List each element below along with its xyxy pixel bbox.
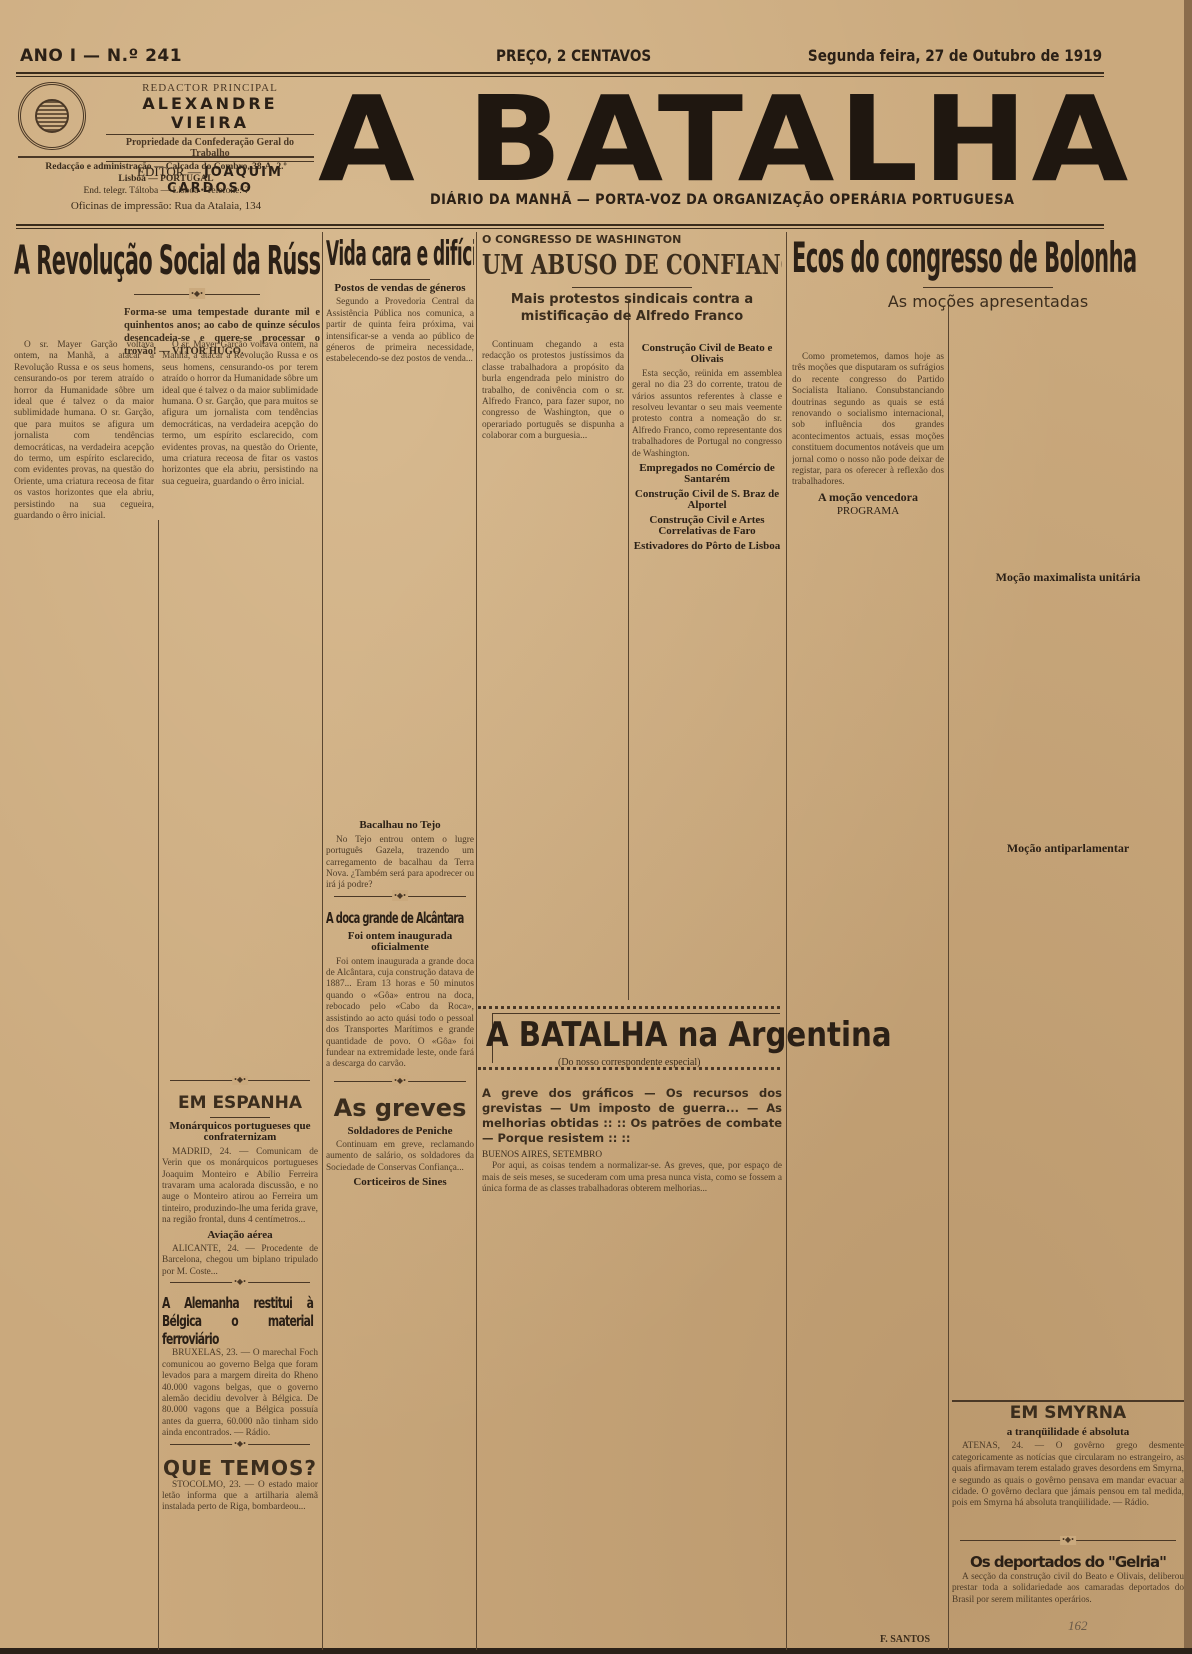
- body-espanha: MADRID, 24. — Comunicam de Verin que os …: [162, 1147, 318, 1227]
- section-maximalista: Moção maximalista unitária: [952, 572, 1184, 583]
- subhead-espanha: Monárquicos portugueses que confraterniz…: [162, 1121, 318, 1144]
- newspaper-page: ANO I — N.º 241 PREÇO, 2 CENTAVOS Segund…: [0, 0, 1192, 1654]
- section-mocao-vencedora: A moção vencedora: [792, 492, 944, 503]
- headline-bacalhau: Bacalhau no Tejo: [326, 820, 474, 831]
- ornament-rule: [334, 896, 466, 904]
- argentina-banner: A BATALHA na Argentina (Do nosso corresp…: [478, 1006, 780, 1070]
- article-washington-header: O CONGRESSO DE WASHINGTON UM ABUSO DE CO…: [482, 232, 782, 352]
- russia-body-continued: O sr. Mayer Garção voltava ontem, na Man…: [162, 340, 318, 488]
- page-edge-bottom: [0, 1648, 1192, 1654]
- headline-russia: A Revolução Social da Rússia: [14, 232, 173, 290]
- masthead-credits: REDACTOR PRINCIPAL ALEXANDRE VIEIRA Prop…: [14, 78, 304, 218]
- section-faro: Construção Civil e Artes Correlativas de…: [632, 515, 782, 538]
- subhead-washington: Mais protestos sindicais contra a mistif…: [482, 291, 782, 325]
- page-edge: [1184, 0, 1192, 1654]
- bolonha-col2: Moção maximalista unitária Moção antipar…: [952, 352, 1184, 1392]
- body-smyrna: ATENAS, 24. — O govêrno grego desmente c…: [952, 1441, 1184, 1509]
- redactor-label: REDACTOR PRINCIPAL: [106, 82, 314, 94]
- ornament-rule: [170, 1282, 310, 1290]
- newspaper-title: A BATALHA: [318, 84, 1145, 194]
- short-rule: [210, 1117, 270, 1118]
- body-argentina: Por aqui, as coisas tendem a normalizar-…: [482, 1161, 782, 1195]
- ornament-rule: [334, 1081, 466, 1089]
- column-rule: [158, 520, 159, 1650]
- handwritten-note: 162: [1068, 1618, 1088, 1634]
- short-rule: [370, 279, 430, 280]
- body-bacalhau: No Tejo entrou ontem o lugre português G…: [326, 835, 474, 892]
- printing-address: Oficinas de impressão: Rua da Atalaia, 1…: [18, 197, 314, 212]
- body-gelria: A secção da construção civil do Beato e …: [952, 1572, 1184, 1606]
- issue-date: Segunda feira, 27 de Outubro de 1919: [808, 46, 1102, 65]
- headline-espanha: EM ESPANHA: [162, 1092, 318, 1114]
- section-antiparlamentar: Moção antiparlamentar: [952, 843, 1184, 854]
- washington-col2: Construção Civil de Beato e Olivais Esta…: [632, 340, 782, 1000]
- ornament-rule: [960, 1540, 1176, 1548]
- masthead-rule-bottom: [16, 224, 1104, 229]
- dateline-argentina: BUENOS AIRES, SETEMBRO: [482, 1150, 782, 1161]
- section-beato: Construção Civil de Beato e Olivais: [632, 343, 782, 366]
- body-alcantara: Foi ontem inaugurada a grande doca de Al…: [326, 957, 474, 1077]
- headline-bolonha: Ecos do congresso de Bolonha: [792, 232, 988, 284]
- ornament-rule: [134, 294, 260, 302]
- russia-body-col1: O sr. Mayer Garção voltava ontem, na Man…: [14, 340, 154, 1640]
- body-alemanha: BRUXELAS, 23. — O marechal Foch comunico…: [162, 1348, 318, 1439]
- body-washington: Continuam chegando a esta redacção os pr…: [482, 340, 624, 443]
- body-vida-cara: Segundo a Provedoria Central da Assistên…: [326, 297, 474, 817]
- ornament-rule: [170, 1444, 310, 1452]
- subhead-greves: Soldadores de Peniche: [326, 1126, 474, 1137]
- body-aviacao: ALICANTE, 24. — Procedente de Barcelona,…: [162, 1244, 318, 1278]
- subhead-alcantara: Foi ontem inaugurada oficialmente: [326, 931, 474, 954]
- top-line: ANO I — N.º 241 PREÇO, 2 CENTAVOS Segund…: [20, 46, 1102, 70]
- cgt-seal-icon: [18, 82, 86, 150]
- subhead-bolonha: As moções apresentadas: [792, 291, 1184, 313]
- section-alportel: Construção Civil de S. Braz de Alportel: [632, 489, 782, 512]
- ornament-rule: [170, 1080, 310, 1088]
- washington-col1: Continuam chegando a esta redacção os pr…: [482, 340, 624, 1000]
- subhead-vida-cara: Postos de vendas de géneros: [326, 283, 474, 294]
- headline-aviacao: Aviação aérea: [162, 1230, 318, 1241]
- subhead-smyrna: a tranqüilidade é absoluta: [952, 1427, 1184, 1438]
- column-rule: [628, 300, 629, 1000]
- body-bolonha: Como prometemos, damos hoje as três moçõ…: [792, 352, 944, 489]
- newspaper-subtitle: DIÁRIO DA MANHÃ — PORTA-VOZ DA ORGANIZAÇ…: [430, 192, 1014, 208]
- body-beato: Esta secção, reünida em assemblea geral …: [632, 369, 782, 460]
- body-greves: Continuam em greve, reclamando aumento d…: [326, 1140, 474, 1174]
- argentina-note: (Do nosso correspondente especial): [558, 1057, 700, 1068]
- russia-body-col2: O sr. Mayer Garção voltava ontem, na Man…: [162, 340, 318, 1020]
- price: PREÇO, 2 CENTAVOS: [496, 46, 651, 65]
- address-block: Redacção e administração — Calçada do Co…: [18, 156, 314, 212]
- headline-alemanha: A Alemanha restitui à Bélgica o material…: [162, 1294, 313, 1348]
- column-3: Vida cara e difícil Postos de vendas de …: [326, 232, 474, 1650]
- short-rule: [572, 287, 692, 288]
- telegraph: End. telegr. Táltoba — Lisboa • Telefone…: [18, 185, 314, 197]
- column-rule: [322, 232, 323, 1650]
- bolonha-col1: Como prometemos, damos hoje as três moçõ…: [792, 352, 944, 1642]
- column-rule: [948, 300, 949, 1650]
- headline-washington: UM ABUSO DE CONFIANÇA: [482, 248, 716, 284]
- headline-smyrna: EM SMYRNA: [952, 1402, 1184, 1424]
- article-smyrna: EM SMYRNA a tranqüilidade é absoluta ATE…: [952, 1400, 1184, 1510]
- section-santarem: Empregados no Comércio de Santarém: [632, 463, 782, 486]
- article-argentina: A greve dos gráficos — Os recursos dos g…: [482, 1086, 782, 1646]
- column-rule: [786, 232, 787, 1650]
- subhead-argentina: A greve dos gráficos — Os recursos dos g…: [482, 1086, 782, 1146]
- article-bolonha-header: Ecos do congresso de Bolonha As moções a…: [792, 232, 1184, 352]
- headline-greves: As greves: [326, 1093, 474, 1123]
- kicker-washington: O CONGRESSO DE WASHINGTON: [482, 232, 782, 248]
- subhead-corticeiros: Corticeiros de Sines: [326, 1177, 474, 1188]
- section-estivadores: Estivadores do Pôrto de Lisboa: [632, 541, 782, 552]
- redactor-name: ALEXANDRE VIEIRA: [106, 94, 314, 135]
- issue-number: ANO I — N.º 241: [20, 46, 182, 66]
- headline-alcantara: A doca grande de Alcântara: [326, 908, 424, 928]
- short-rule: [923, 287, 1053, 288]
- headline-gelria: Os deportados do "Gelria": [952, 1552, 1184, 1572]
- body-que-temos: STOCOLMO, 23. — O estado maior letão inf…: [162, 1480, 318, 1514]
- russia-body: O sr. Mayer Garção voltava ontem, na Man…: [14, 340, 154, 523]
- address: Redacção e administração — Calçada do Co…: [18, 161, 314, 173]
- column-rule: [476, 232, 477, 1650]
- section-programa: PROGRAMA: [792, 506, 944, 517]
- headline-vida-cara: Vida cara e difícil: [326, 232, 400, 276]
- col2-lower: EM ESPANHA Monárquicos portugueses que c…: [162, 1076, 318, 1646]
- city: Lisboa — PORTUGAL: [18, 173, 314, 185]
- headline-que-temos: QUE TEMOS?: [162, 1456, 318, 1480]
